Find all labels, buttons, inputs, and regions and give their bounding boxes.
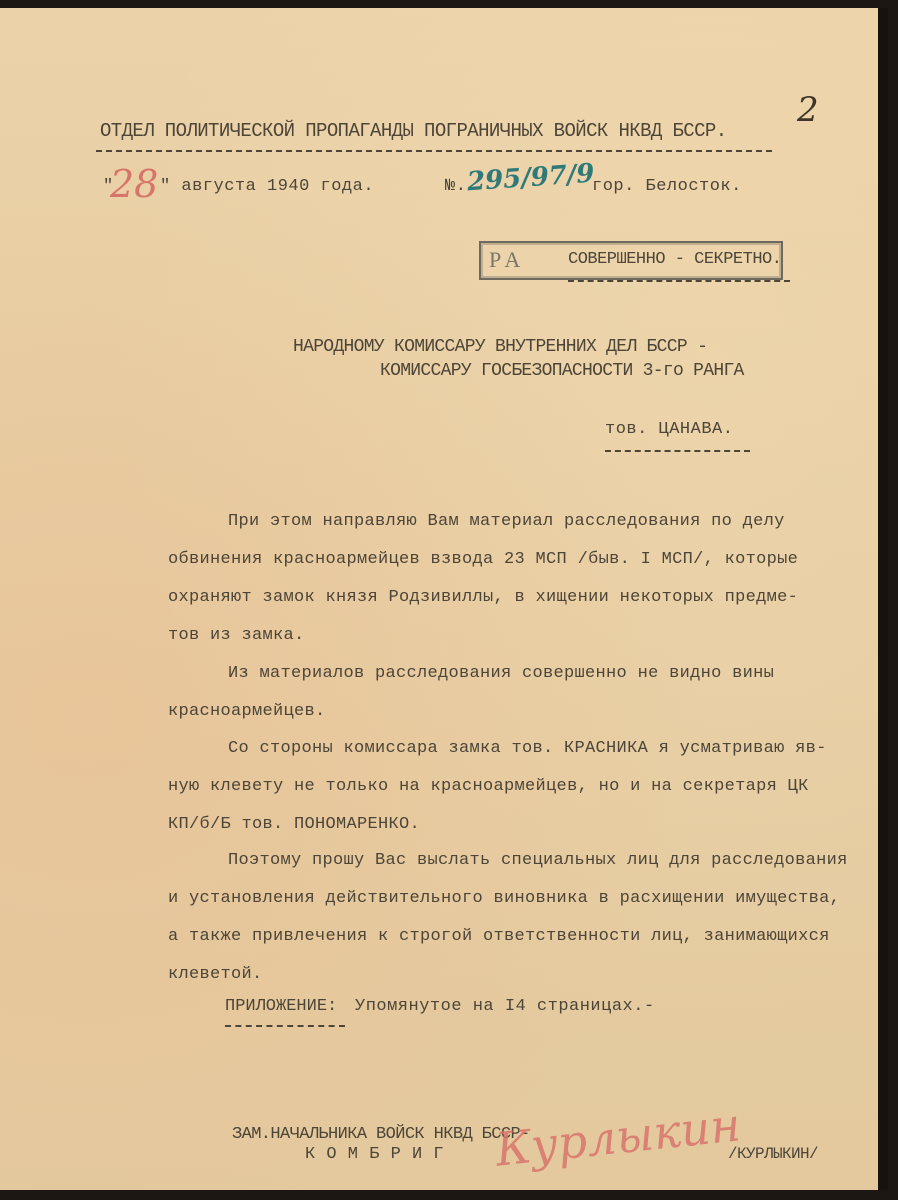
addressee-name-underline xyxy=(605,450,750,452)
body-paragraph-4: Поэтому прошу Вас выслать специальных ли… xyxy=(168,842,893,994)
body-line: обвинения красноармейцев взвода 23 МСП /… xyxy=(168,541,873,579)
classification-underline xyxy=(568,280,790,282)
body-line: охраняют замок князя Родзивиллы, в хищен… xyxy=(168,579,873,617)
body-line: При этом направляю Вам материал расследо… xyxy=(168,503,873,541)
body-line: клеветой. xyxy=(168,956,893,994)
header-underline xyxy=(96,150,772,152)
body-line: Из материалов расследования совершенно н… xyxy=(168,655,873,693)
body-line: и установления действительного виновника… xyxy=(168,880,893,918)
body-line: КП/б/Б тов. ПОНОМАРЕНКО. xyxy=(168,806,873,844)
addressee-name: тов. ЦАНАВА. xyxy=(605,420,733,439)
body-line: тов из замка. xyxy=(168,617,873,655)
page-number: 2 xyxy=(797,90,819,130)
body-line: ную клевету не только на красноармейцев,… xyxy=(168,768,873,806)
addressee-line1: НАРОДНОМУ КОМИССАРУ ВНУТРЕННИХ ДЕЛ БССР … xyxy=(293,337,707,357)
attachment-text: Упомянутое на I4 страницах.- xyxy=(355,997,655,1016)
department-header: ОТДЕЛ ПОЛИТИЧЕСКОЙ ПРОПАГАНДЫ ПОГРАНИЧНЫ… xyxy=(100,120,727,142)
signatory-title: ЗАМ.НАЧАЛЬНИКА ВОЙСК НКВД БССР- xyxy=(232,1125,530,1144)
city: гор. Белосток. xyxy=(592,177,742,196)
number-label: №. xyxy=(445,177,466,196)
body-paragraph-3: Со стороны комиссара замка тов. КРАСНИКА… xyxy=(168,730,873,844)
date-day-handwritten: 28 xyxy=(110,162,158,206)
stamp-prefix: РА xyxy=(489,247,526,273)
body-line: Со стороны комиссара замка тов. КРАСНИКА… xyxy=(168,730,873,768)
page-edge xyxy=(878,8,888,1190)
signatory-rank: К О М Б Р И Г xyxy=(305,1145,444,1164)
signatory-name: /КУРЛЫКИН/ xyxy=(728,1145,818,1163)
body-line: а также привлечения к строгой ответствен… xyxy=(168,918,893,956)
date-text: " августа 1940 года. xyxy=(160,177,374,196)
addressee-line2: КОМИССАРУ ГОСБЕЗОПАСНОСТИ 3-го РАНГА xyxy=(380,361,744,381)
body-line: красноармейцев. xyxy=(168,693,873,731)
body-paragraph-1: При этом направляю Вам материал расследо… xyxy=(168,503,873,655)
attachment-label: ПРИЛОЖЕНИЕ: xyxy=(225,997,337,1016)
body-line: Поэтому прошу Вас выслать специальных ли… xyxy=(168,842,893,880)
attachment-underline xyxy=(225,1025,345,1027)
classification: СОВЕРШЕННО - СЕКРЕТНО. xyxy=(568,250,781,269)
body-paragraph-2: Из материалов расследования совершенно н… xyxy=(168,655,873,731)
